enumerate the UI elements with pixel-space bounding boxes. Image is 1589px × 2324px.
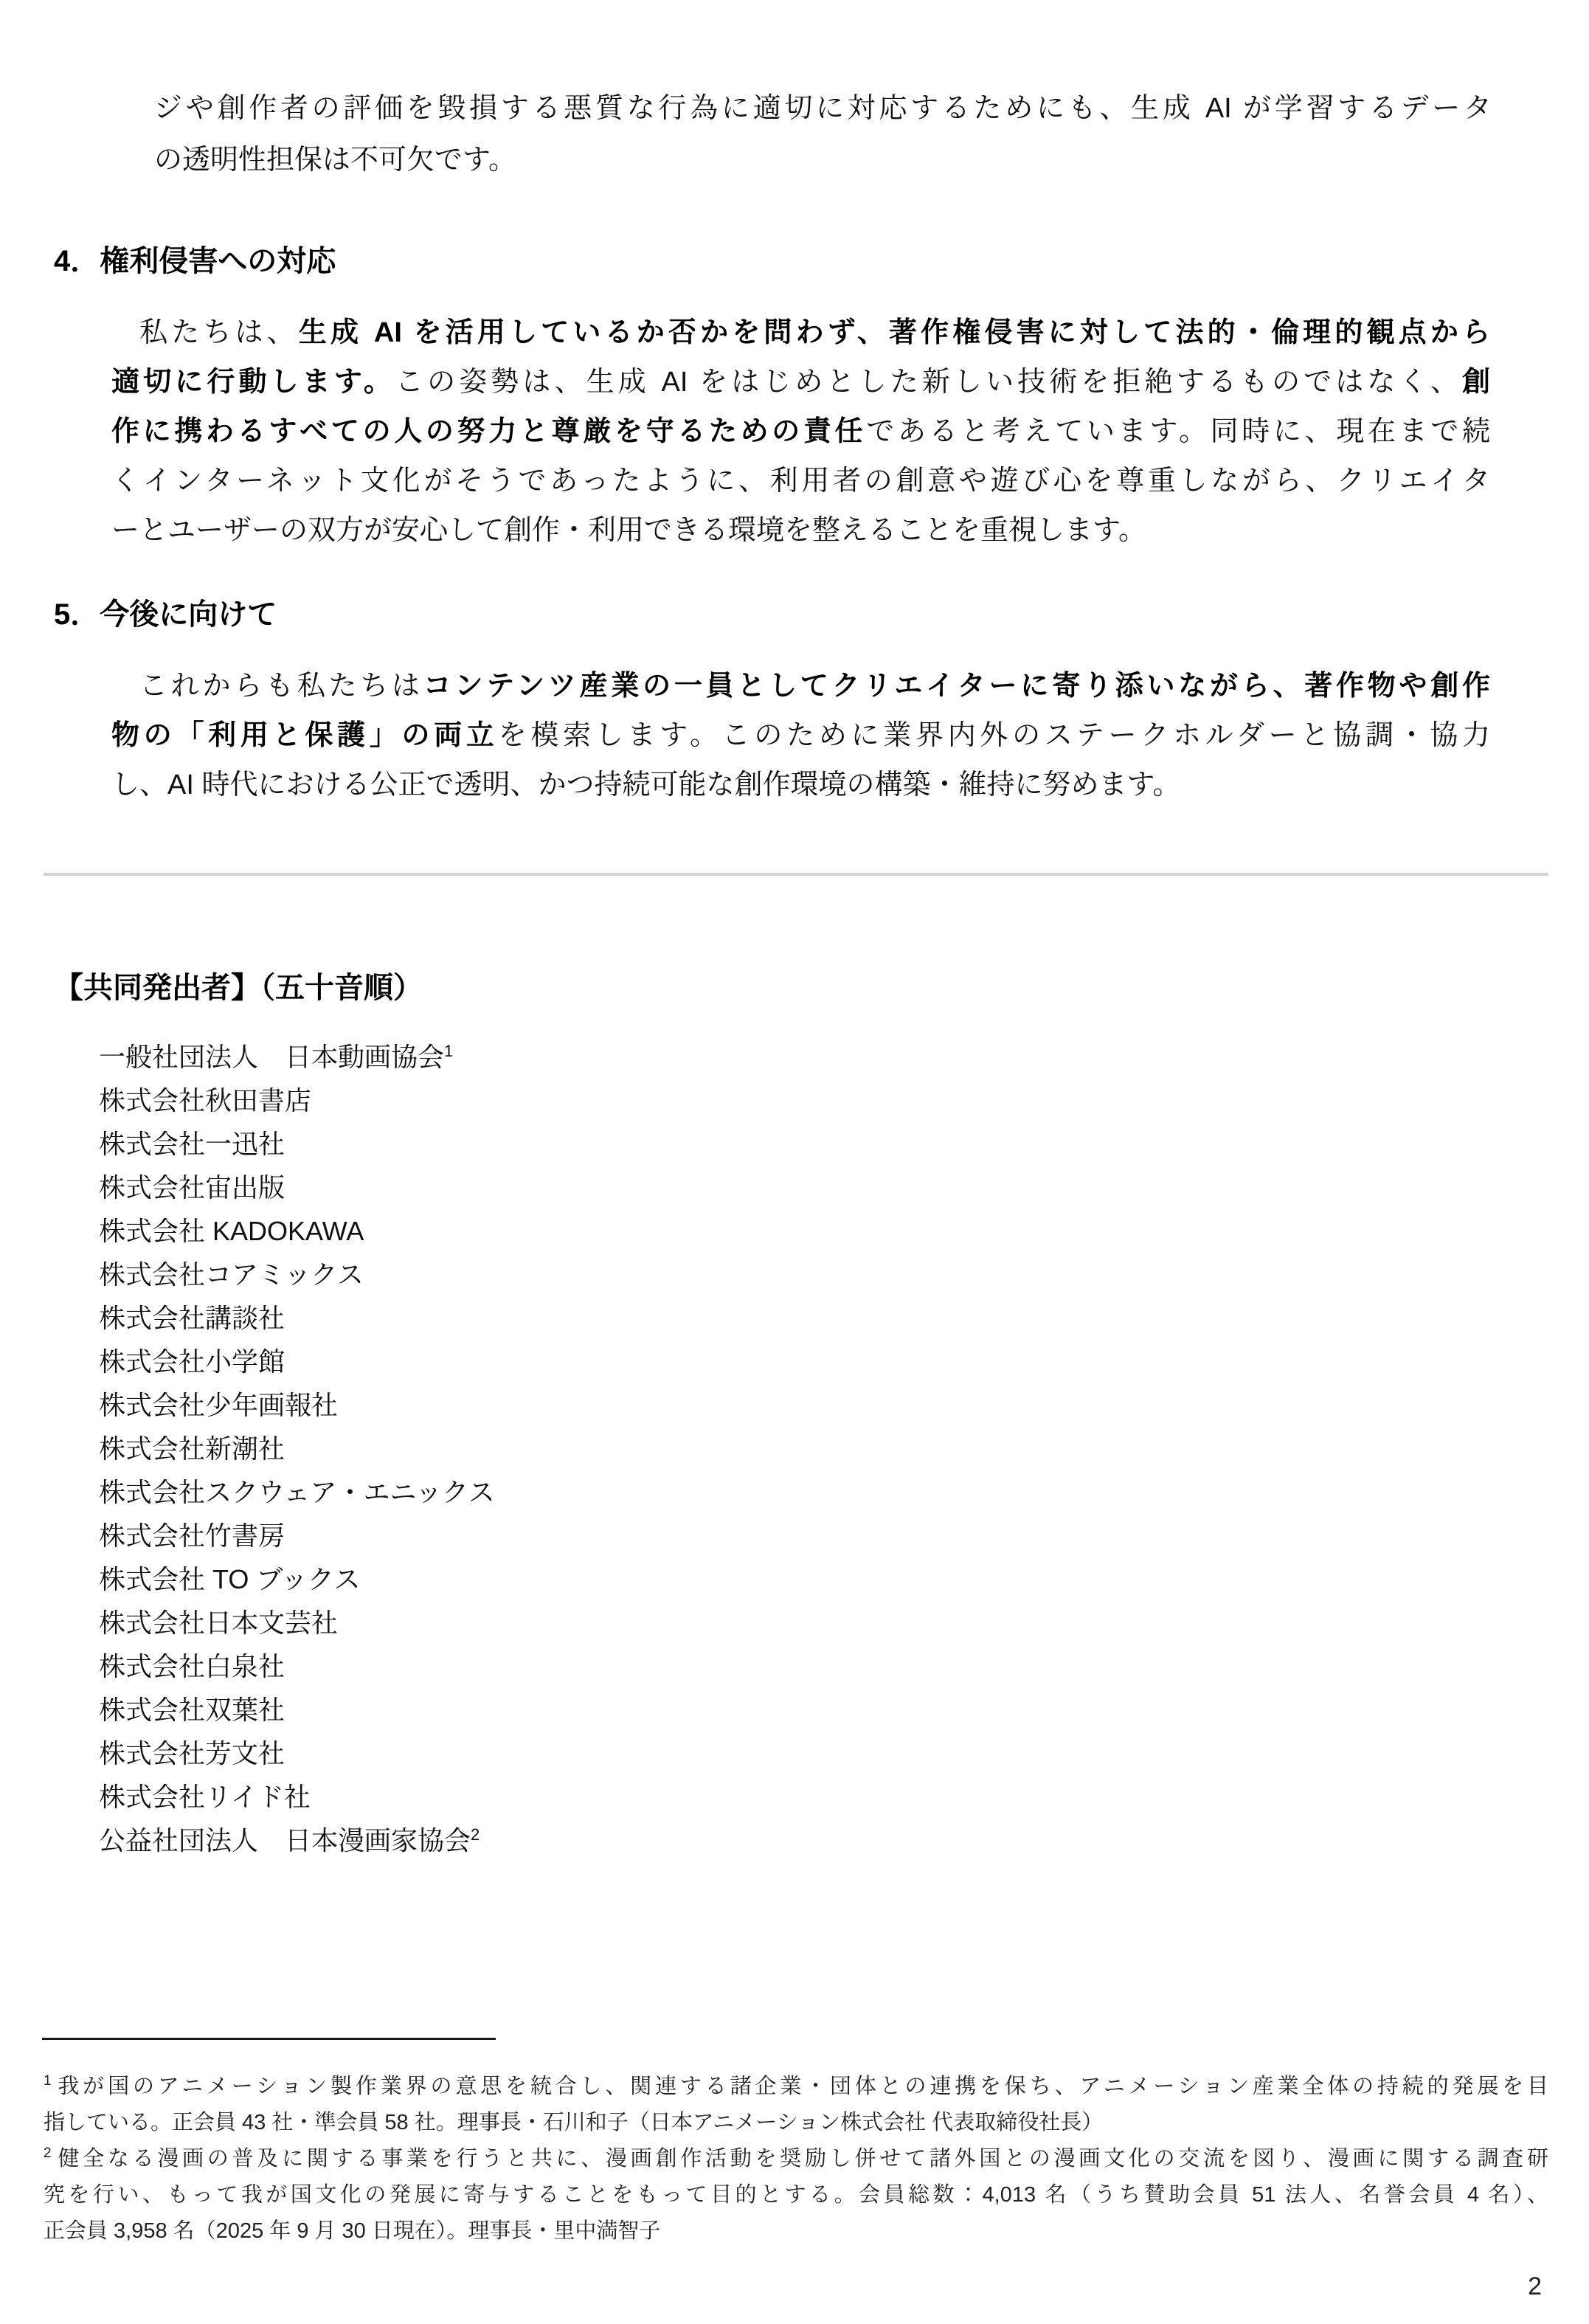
footnote-line: 正会員 3,958 名（2025 年 9 月 30 日現在）。理事長・里中満智子	[44, 2213, 1548, 2249]
paragraph-line: 作に携わるすべての人の努力と尊厳を守るための責任であると考えています。同時に、現…	[111, 407, 1490, 457]
paragraph-line: し、AI 時代における公正で透明、かつ持続可能な創作環境の構築・維持に努めます。	[111, 761, 1490, 810]
company-name: 一般社団法人 日本動画協会	[99, 1042, 444, 1072]
footnote-line: 1我が国のアニメーション製作業界の意思を統合し、関連する諸企業・団体との連携を保…	[44, 2069, 1548, 2105]
footnote-marker: 1	[44, 2073, 52, 2089]
list-item: 公益社団法人 日本漫画家協会2	[99, 1819, 1589, 1862]
footnote-text: 究を行い、もって我が国文化の発展に寄与することをもって目的とする。会員総数：4,…	[44, 2183, 1548, 2207]
list-item: 株式会社少年画報社	[99, 1383, 1589, 1427]
section-5-paragraph: これからも私たちはコンテンツ産業の一員としてクリエイターに寄り添いながら、著作物…	[111, 662, 1490, 810]
section-divider	[44, 873, 1548, 876]
paragraph-line: 適切に行動します。この姿勢は、生成 AI をはじめとした新しい技術を拒絶するもの…	[111, 358, 1490, 407]
text-segment: 創	[1462, 367, 1490, 398]
list-item: 株式会社スクウェア・エニックス	[99, 1470, 1589, 1514]
list-item: 株式会社 KADOKAWA	[99, 1209, 1589, 1253]
text-segment: 生成 AI を活用しているか否かを問わず、著作権侵害に対して法的・倫理的観点から	[299, 317, 1490, 348]
section-4-paragraph: 私たちは、生成 AI を活用しているか否かを問わず、著作権侵害に対して法的・倫理…	[111, 308, 1490, 556]
company-name: 株式会社宙出版	[99, 1172, 285, 1203]
footnote-line: 2健全なる漫画の普及に関する事業を行うと共に、漫画創作活動を奨励し併せて諸外国と…	[44, 2141, 1548, 2177]
page-number: 2	[1528, 2272, 1542, 2301]
paragraph-line: ジや創作者の評価を毀損する悪質な行為に適切に対応するためにも、生成 AI が学習…	[154, 83, 1492, 134]
list-item: 株式会社芳文社	[99, 1732, 1589, 1775]
paragraph-line: これからも私たちはコンテンツ産業の一員としてクリエイターに寄り添いながら、著作物…	[111, 662, 1490, 711]
footnote-text: 正会員 3,958 名（2025 年 9 月 30 日現在）。理事長・里中満智子	[44, 2219, 660, 2243]
text-segment: であると考えています。同時に、現在まで続	[866, 416, 1490, 447]
footnote-ref: 1	[444, 1042, 453, 1060]
footnote-text: 我が国のアニメーション製作業界の意思を統合し、関連する諸企業・団体との連携を保ち…	[55, 2075, 1548, 2098]
footnote-marker: 2	[44, 2145, 52, 2161]
text-segment: 物の「利用と保護」の両立	[111, 720, 499, 751]
text-segment: し、AI 時代における公正で透明、かつ持続可能な創作環境の構築・維持に努めます。	[111, 770, 1180, 800]
document-page: ジや創作者の評価を毀損する悪質な行為に適切に対応するためにも、生成 AI が学習…	[0, 0, 1589, 2324]
list-item: 株式会社講談社	[99, 1296, 1589, 1340]
footnote-ref: 2	[471, 1825, 480, 1844]
footnote-line: 指している。正会員 43 社・準会員 58 社。理事長・石川和子（日本アニメーシ…	[44, 2105, 1548, 2141]
text-segment: コンテンツ産業の一員としてクリエイターに寄り添いながら、著作物や創作	[423, 671, 1490, 702]
list-item: 株式会社小学館	[99, 1340, 1589, 1383]
list-item: 株式会社竹書房	[99, 1514, 1589, 1557]
company-name: 株式会社秋田書店	[99, 1085, 311, 1116]
footnotes: 1我が国のアニメーション製作業界の意思を統合し、関連する諸企業・団体との連携を保…	[44, 2069, 1548, 2249]
list-item: 株式会社コアミックス	[99, 1253, 1589, 1296]
section-4-heading: 4．権利侵害への対応	[54, 243, 1589, 279]
company-name: 株式会社 TO ブックス	[99, 1564, 360, 1594]
paragraph-line: 私たちは、生成 AI を活用しているか否かを問わず、著作権侵害に対して法的・倫理…	[111, 308, 1490, 358]
company-name: 株式会社白泉社	[99, 1651, 285, 1681]
company-name: 株式会社新潮社	[99, 1434, 285, 1464]
list-item: 株式会社一迅社	[99, 1122, 1589, 1166]
list-item: 一般社団法人 日本動画協会1	[99, 1035, 1589, 1079]
company-name: 株式会社竹書房	[99, 1521, 285, 1551]
list-item: 株式会社リイド社	[99, 1775, 1589, 1819]
text-segment: を模索します。このために業界内外のステークホルダーと協調・協力	[499, 720, 1490, 751]
list-item: 株式会社 TO ブックス	[99, 1557, 1589, 1601]
company-name: 株式会社コアミックス	[99, 1259, 364, 1290]
text-segment: ーとユーザーの双方が安心して創作・利用できる環境を整えることを重視します。	[111, 515, 1146, 546]
footnote-line: 究を行い、もって我が国文化の発展に寄与することをもって目的とする。会員総数：4,…	[44, 2177, 1548, 2213]
company-name: 株式会社小学館	[99, 1346, 285, 1377]
footnote-separator	[42, 2038, 496, 2040]
company-name: 株式会社双葉社	[99, 1695, 285, 1725]
footnote-text: 健全なる漫画の普及に関する事業を行うと共に、漫画創作活動を奨励し併せて諸外国との…	[55, 2147, 1548, 2171]
footnote-text: 指している。正会員 43 社・準会員 58 社。理事長・石川和子（日本アニメーシ…	[44, 2111, 1103, 2134]
company-name: 公益社団法人 日本漫画家協会	[99, 1825, 471, 1856]
section-5-heading: 5．今後に向けて	[54, 597, 1589, 632]
paragraph-line: の透明性担保は不可欠です。	[154, 134, 1492, 186]
list-item: 株式会社双葉社	[99, 1688, 1589, 1732]
text-segment: 適切に行動します。	[111, 367, 395, 398]
paragraph-line: くインターネット文化がそうであったように、利用者の創意や遊び心を尊重しながら、ク…	[111, 457, 1490, 506]
paragraph-line: ーとユーザーの双方が安心して創作・利用できる環境を整えることを重視します。	[111, 506, 1490, 556]
continued-paragraph: ジや創作者の評価を毀損する悪質な行為に適切に対応するためにも、生成 AI が学習…	[154, 83, 1492, 186]
list-item: 株式会社白泉社	[99, 1645, 1589, 1688]
list-item: 株式会社秋田書店	[99, 1079, 1589, 1122]
list-item: 株式会社新潮社	[99, 1427, 1589, 1470]
text-segment: 私たちは、	[139, 317, 299, 348]
list-item: 株式会社日本文芸社	[99, 1601, 1589, 1645]
company-name: 株式会社少年画報社	[99, 1390, 338, 1420]
paragraph-line: 物の「利用と保護」の両立を模索します。このために業界内外のステークホルダーと協調…	[111, 711, 1490, 761]
company-name: 株式会社日本文芸社	[99, 1608, 338, 1638]
list-item: 株式会社宙出版	[99, 1166, 1589, 1209]
text-segment: これからも私たちは	[139, 671, 423, 702]
company-name: 株式会社芳文社	[99, 1738, 285, 1768]
issuers-list: 一般社団法人 日本動画協会1株式会社秋田書店株式会社一迅社株式会社宙出版株式会社…	[99, 1035, 1589, 1862]
company-name: 株式会社講談社	[99, 1303, 285, 1333]
company-name: 株式会社リイド社	[99, 1782, 311, 1812]
text-segment: くインターネット文化がそうであったように、利用者の創意や遊び心を尊重しながら、ク…	[111, 466, 1490, 497]
text-segment: 作に携わるすべての人の努力と尊厳を守るための責任	[111, 416, 866, 447]
text-segment: この姿勢は、生成 AI をはじめとした新しい技術を拒絶するものではなく、	[395, 367, 1462, 398]
issuers-heading: 【共同発出者】（五十音順）	[54, 970, 1589, 1006]
company-name: 株式会社 KADOKAWA	[99, 1216, 364, 1246]
company-name: 株式会社スクウェア・エニックス	[99, 1477, 495, 1507]
company-name: 株式会社一迅社	[99, 1129, 285, 1159]
